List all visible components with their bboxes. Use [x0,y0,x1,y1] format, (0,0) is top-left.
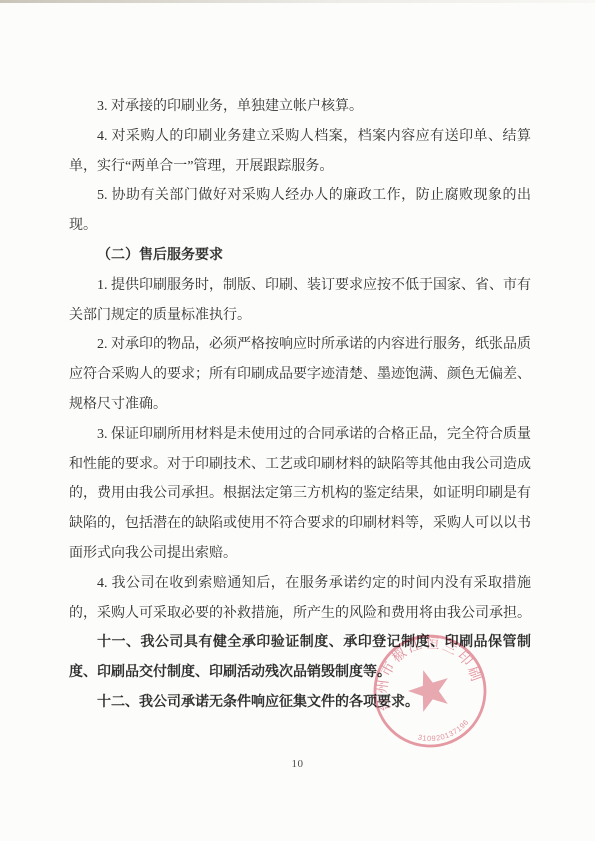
paragraph: 3. 保证印刷所用材料是未使用过的合同承诺的合格正品，完全符合质量和性能的要求。… [69,420,531,569]
paragraph: 1. 提供印刷服务时，制版、印刷、装订要求应按不低于国家、省、市有关部门规定的质… [69,271,531,331]
paragraph: （二）售后服务要求 [69,241,531,271]
paragraph: 4. 对采购人的印刷业务建立采购人档案，档案内容应有送印单、结算单，实行“两单合… [69,122,531,182]
svg-text:310920137196: 310920137196 [415,716,474,749]
paragraph: 十二、我公司承诺无条件响应征集文件的各项要求。 [69,688,531,718]
paragraph: 十一、我公司具有健全承印验证制度、承印登记制度、印刷品保管制度、印刷品交付制度、… [69,628,531,688]
document-body: 3. 对承接的印刷业务，单独建立帐户核算。4. 对采购人的印刷业务建立采购人档案… [69,92,531,718]
seal-serial-number: 310920137196 [415,716,474,749]
paragraph: 2. 对承印的物品，必须严格按响应时所承诺的内容进行服务，纸张品质应符合采购人的… [69,330,531,419]
paragraph: 4. 我公司在收到索赔通知后，在服务承诺约定的时间内没有采取措施的，采购人可采取… [69,569,531,629]
page-number: 10 [0,758,595,770]
document-page: 3. 对承接的印刷业务，单独建立帐户核算。4. 对采购人的印刷业务建立采购人档案… [0,0,595,841]
scan-edge-artifact [0,0,595,3]
paragraph: 5. 协助有关部门做好对采购人经办人的廉政工作，防止腐败现象的出现。 [69,181,531,241]
paragraph: 3. 对承接的印刷业务，单独建立帐户核算。 [69,92,531,122]
